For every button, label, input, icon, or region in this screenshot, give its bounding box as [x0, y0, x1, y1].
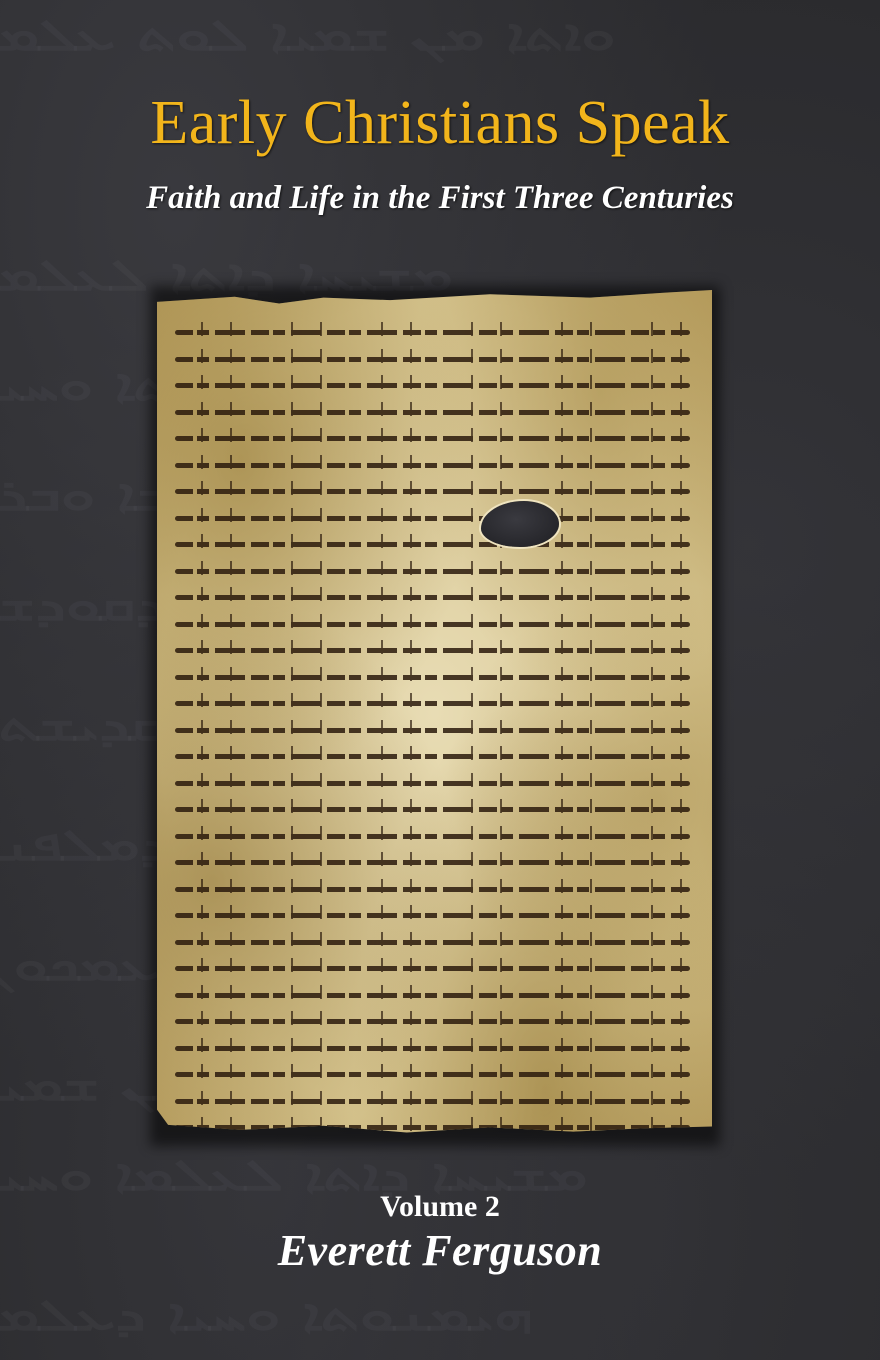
book-subtitle: Faith and Life in the First Three Centur… — [0, 180, 880, 217]
book-title: Early Christians Speak — [0, 88, 880, 159]
manuscript-image — [157, 290, 712, 1135]
author-name: Everett Ferguson — [0, 1225, 880, 1276]
volume-label: Volume 2 — [0, 1190, 880, 1224]
manuscript-script-lines — [157, 330, 712, 1135]
book-cover: ܘܐܬܐ ܡܢ ܫܡܝܐ ܠܘܬ ܥܠܡܐ ܡܫܝܚܐ ܕܐܬܐ ܠܥܠܡܐ ܗ… — [0, 0, 880, 1360]
